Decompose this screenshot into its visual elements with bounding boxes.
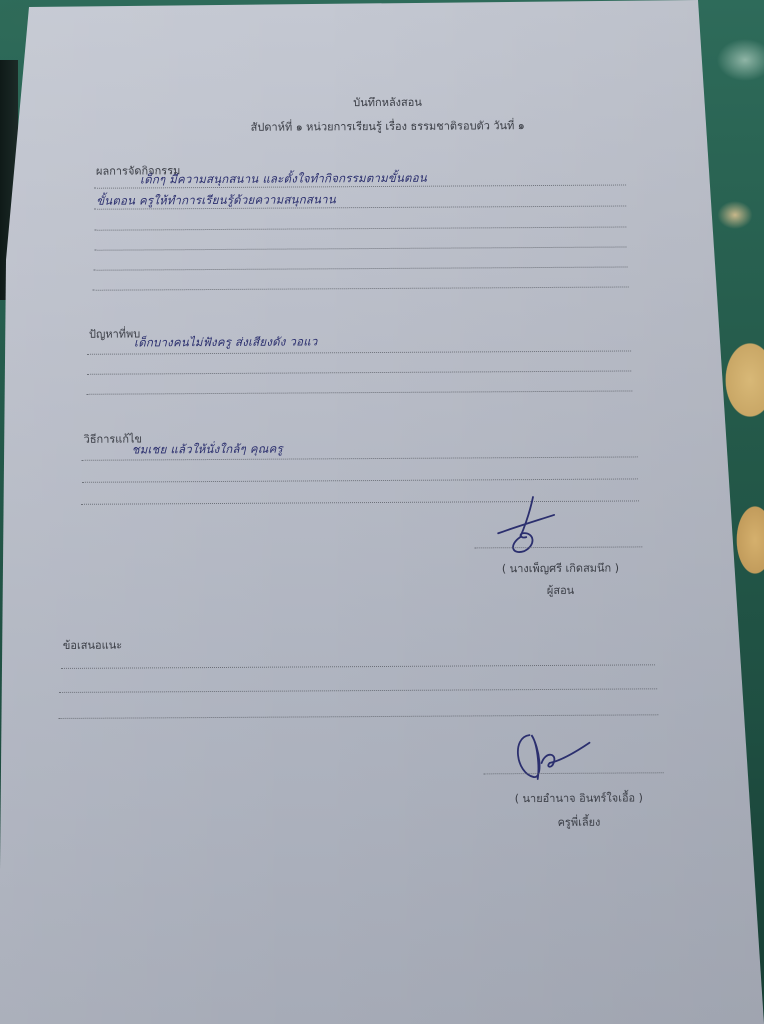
dotted-line xyxy=(61,664,655,669)
suggestions-label: ข้อเสนอแนะ xyxy=(63,636,122,654)
caregiver-role: ครูพี่เลี้ยง xyxy=(484,812,674,831)
problems-handwriting-line-1: เด็กบางคนไม่ฟังครู ส่งเสียงดัง วอแว xyxy=(134,333,318,352)
dotted-line xyxy=(59,688,657,693)
teacher-name: ( นางเพ็ญศรี เกิดสมนึก ) xyxy=(470,558,650,577)
teacher-role: ผู้สอน xyxy=(470,580,650,599)
dotted-line xyxy=(94,266,628,270)
dotted-line xyxy=(82,478,638,482)
dotted-line xyxy=(86,390,632,394)
caregiver-name: ( นายอำนาจ อินทร์ใจเอื้อ ) xyxy=(484,788,674,807)
document-title: บันทึกหลังสอน xyxy=(298,92,478,111)
dotted-line xyxy=(94,246,626,250)
dotted-line xyxy=(58,714,658,719)
dotted-line xyxy=(93,286,629,290)
dotted-line xyxy=(94,226,626,230)
dotted-line xyxy=(87,370,631,374)
caregiver-signature-icon xyxy=(509,727,599,788)
document-content: บันทึกหลังสอน สัปดาห์ที่ ๑ หน่วยการเรียน… xyxy=(0,0,764,1024)
problems-label: ปัญหาที่พบ xyxy=(89,324,140,342)
document-subtitle: สัปดาห์ที่ ๑ หน่วยการเรียนรู้ เรื่อง ธรร… xyxy=(168,116,608,137)
solutions-handwriting-line-1: ชมเชย แล้วให้นั่งใกล้ๆ คุณครู xyxy=(132,441,283,460)
